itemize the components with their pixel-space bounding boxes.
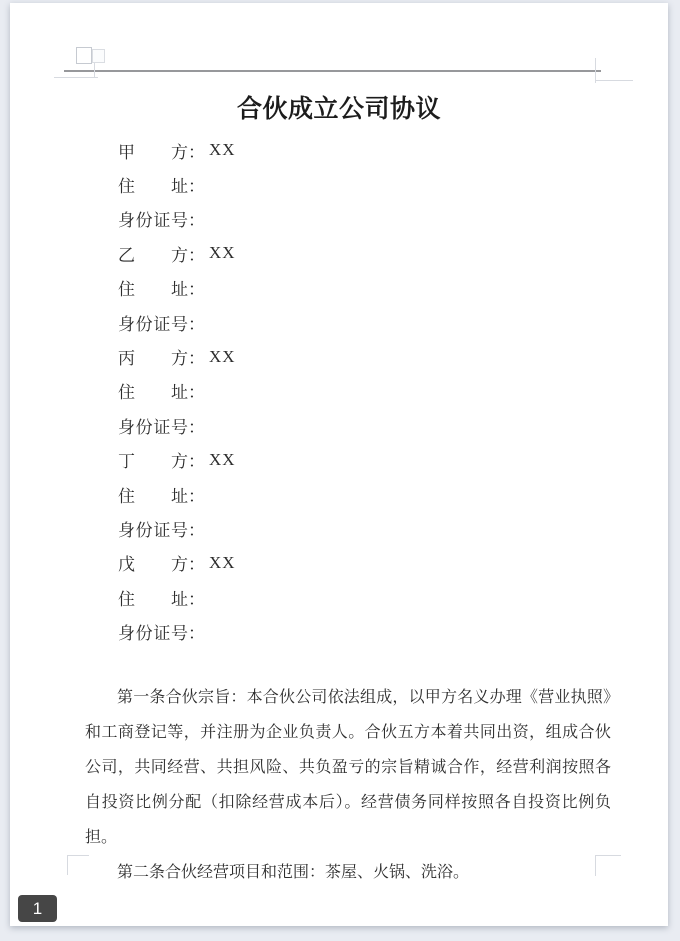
id-number-label: 身份证号 xyxy=(118,413,188,438)
parties-section: 甲方：XX 住址： 身份证号： 乙方：XX 住址： 身份证号： xyxy=(118,133,236,649)
party-block: 甲方：XX 住址： 身份证号： xyxy=(118,133,236,236)
colon-separator: ： xyxy=(188,482,205,507)
party-name-label: 丙方 xyxy=(118,344,188,369)
address-label: 住址 xyxy=(118,275,188,300)
section-marker-icon xyxy=(92,49,105,63)
party-block: 丁方：XX 住址： 身份证号： xyxy=(118,443,236,546)
colon-separator: ： xyxy=(188,275,205,300)
text-boundary-mark-top-left xyxy=(54,77,98,78)
id-number-line: 身份证号： xyxy=(118,305,236,339)
address-label: 住址 xyxy=(118,172,188,197)
id-number-label: 身份证号 xyxy=(118,206,188,231)
id-number-label: 身份证号 xyxy=(118,310,188,335)
address-line: 住址： xyxy=(118,271,236,305)
party-name-line: 甲方：XX xyxy=(118,133,236,167)
colon-separator: ： xyxy=(188,447,205,472)
header-margin-line xyxy=(64,70,601,72)
id-number-line: 身份证号： xyxy=(118,614,236,648)
party-name-line: 乙方：XX xyxy=(118,236,236,270)
address-label: 住址 xyxy=(118,482,188,507)
text-boundary-mark-top-right xyxy=(595,80,633,81)
address-line: 住址： xyxy=(118,477,236,511)
colon-separator: ： xyxy=(188,413,205,438)
party-block: 丙方：XX 住址： 身份证号： xyxy=(118,339,236,442)
address-label: 住址 xyxy=(118,585,188,610)
page-number-badge: 1 xyxy=(18,895,57,922)
party-block: 乙方：XX 住址： 身份证号： xyxy=(118,236,236,339)
colon-separator: ： xyxy=(188,378,205,403)
colon-separator: ： xyxy=(188,310,205,335)
id-number-line: 身份证号： xyxy=(118,408,236,442)
text-boundary-mark-bottom-left xyxy=(67,855,68,875)
party-name-value: XX xyxy=(209,450,236,470)
party-name-value: XX xyxy=(209,553,236,573)
document-page: 合伙成立公司协议 甲方：XX 住址： 身份证号： 乙方：XX 住址： xyxy=(10,3,668,926)
colon-separator: ： xyxy=(188,516,205,541)
party-name-value: XX xyxy=(209,243,236,263)
id-number-line: 身份证号： xyxy=(118,511,236,545)
party-name-line: 戊方：XX xyxy=(118,546,236,580)
party-block: 戊方：XX 住址： 身份证号： xyxy=(118,546,236,649)
colon-separator: ： xyxy=(188,585,205,610)
document-title: 合伙成立公司协议 xyxy=(10,89,668,125)
text-boundary-mark-top-left xyxy=(94,63,95,78)
colon-separator: ： xyxy=(188,550,205,575)
document-viewer: 合伙成立公司协议 甲方：XX 住址： 身份证号： 乙方：XX 住址： xyxy=(0,0,680,941)
clause-paragraph-1: 第一条合伙宗旨：本合伙公司依法组成，以甲方名义办理《营业执照》和工商登记等，并注… xyxy=(85,680,611,855)
section-marker-icon xyxy=(76,47,92,64)
body-section: 第一条合伙宗旨：本合伙公司依法组成，以甲方名义办理《营业执照》和工商登记等，并注… xyxy=(85,680,611,890)
address-line: 住址： xyxy=(118,167,236,201)
party-name-label: 甲方 xyxy=(118,138,188,163)
party-name-label: 丁方 xyxy=(118,447,188,472)
party-name-line: 丙方：XX xyxy=(118,339,236,373)
clause-paragraph-2: 第二条合伙经营项目和范围：茶屋、火锅、洗浴。 xyxy=(85,855,611,890)
colon-separator: ： xyxy=(188,344,205,369)
address-label: 住址 xyxy=(118,378,188,403)
colon-separator: ： xyxy=(188,172,205,197)
party-name-label: 乙方 xyxy=(118,241,188,266)
address-line: 住址： xyxy=(118,580,236,614)
party-name-value: XX xyxy=(209,140,236,160)
colon-separator: ： xyxy=(188,138,205,163)
colon-separator: ： xyxy=(188,206,205,231)
page-number-label: 1 xyxy=(33,899,42,919)
id-number-label: 身份证号 xyxy=(118,516,188,541)
id-number-line: 身份证号： xyxy=(118,202,236,236)
party-name-value: XX xyxy=(209,347,236,367)
id-number-label: 身份证号 xyxy=(118,619,188,644)
colon-separator: ： xyxy=(188,241,205,266)
colon-separator: ： xyxy=(188,619,205,644)
party-name-line: 丁方：XX xyxy=(118,443,236,477)
party-name-label: 戊方 xyxy=(118,550,188,575)
address-line: 住址： xyxy=(118,374,236,408)
